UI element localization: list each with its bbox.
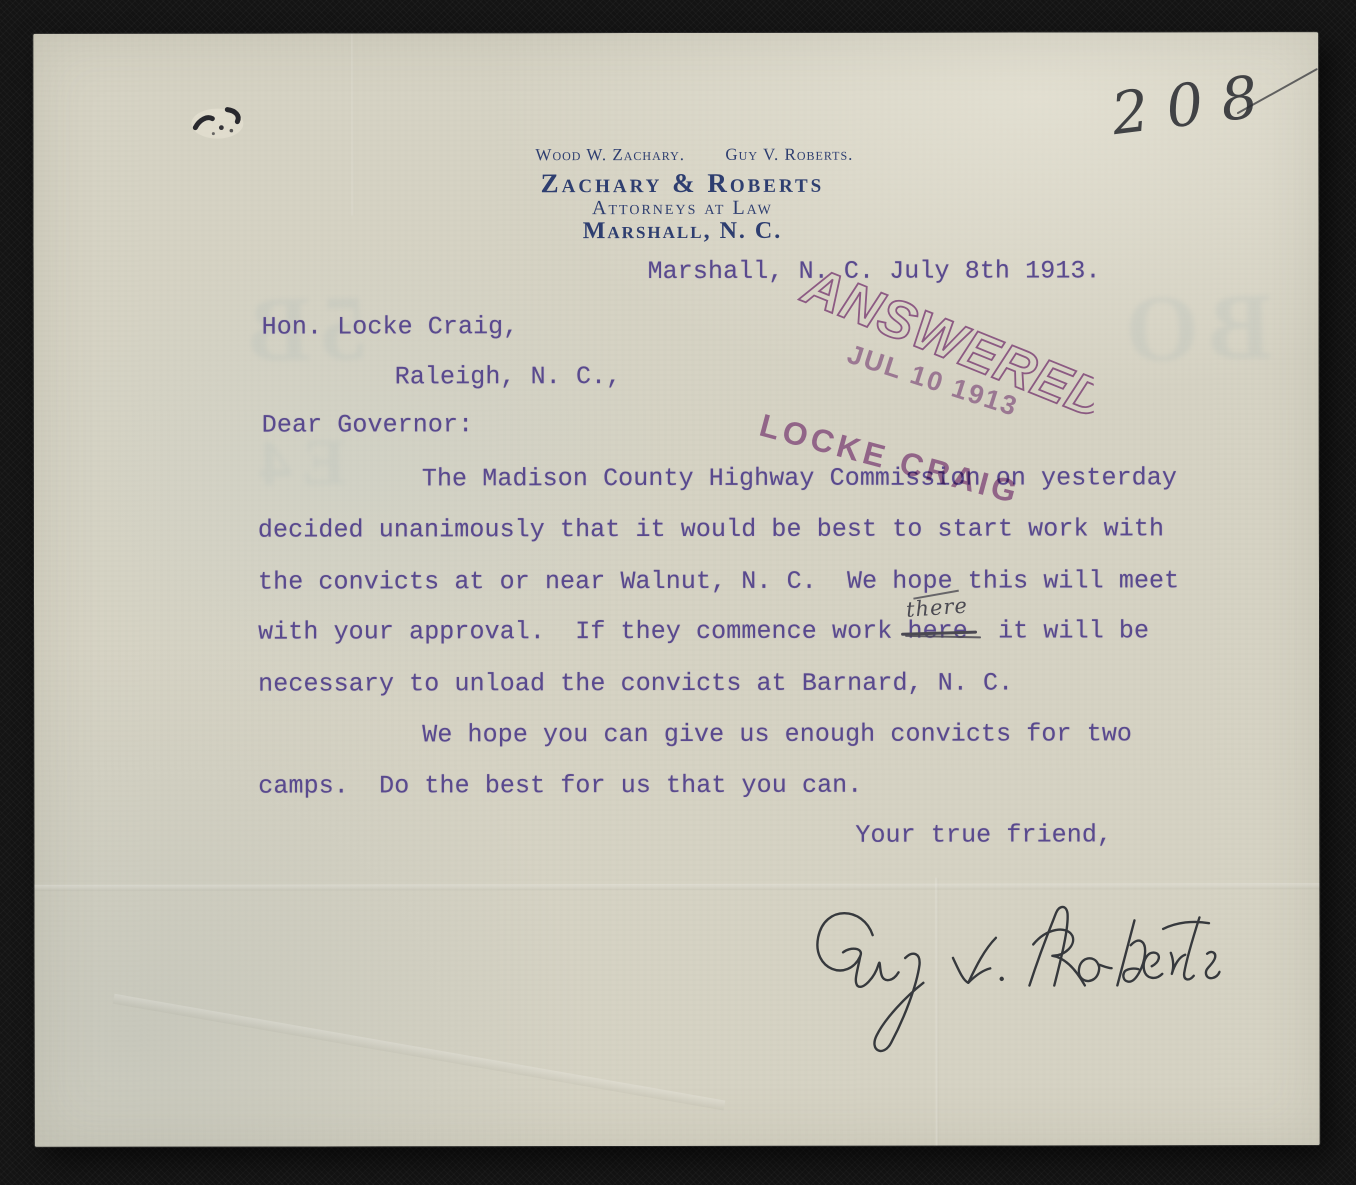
letterhead-city: Marshall, N. C. xyxy=(46,217,1318,246)
salutation: Dear Governor: xyxy=(262,410,473,439)
body-text: it will be xyxy=(968,616,1149,645)
body-line: necessary to unload the convicts at Barn… xyxy=(258,669,1013,699)
body-line: the convicts at or near Walnut, N. C. We… xyxy=(258,566,1179,596)
letterhead-attorney-left: Wood W. Zachary. xyxy=(535,145,685,165)
stamp-word: ANSWERED xyxy=(793,255,1094,432)
staple-mark xyxy=(183,98,253,148)
recipient-name: Hon. Locke Craig, xyxy=(262,312,519,341)
body-text: with your approval. If they commence wor… xyxy=(258,617,907,647)
body-line: camps. Do the best for us that you can. xyxy=(258,771,862,801)
body-line-with-correction: with your approval. If they commence wor… xyxy=(258,616,1149,646)
closing: Your true friend, xyxy=(855,820,1112,849)
stamp-name: LOCKE CRAIG xyxy=(756,407,1024,511)
letter-page: 5B E4 BO 208 Wood W. Zachary. Guy V. Rob… xyxy=(33,32,1320,1147)
letterhead-firm-name: Zachary & Roberts xyxy=(46,167,1318,200)
handwritten-correction: there xyxy=(905,593,968,621)
scan-background: 5B E4 BO 208 Wood W. Zachary. Guy V. Rob… xyxy=(0,0,1356,1185)
letterhead-attorney-right: Guy V. Roberts. xyxy=(725,145,853,165)
recipient-city: Raleigh, N. C., xyxy=(395,362,622,391)
fold-crease-diagonal xyxy=(113,994,725,1111)
answered-stamp: ANSWERED JUL 10 1913 LOCKE CRAIG xyxy=(733,222,1093,523)
bleed-through-ghost: BO xyxy=(1115,273,1273,384)
signature-guy-v-roberts xyxy=(790,888,1220,1084)
body-line: We hope you can give us enough convicts … xyxy=(422,719,1132,749)
